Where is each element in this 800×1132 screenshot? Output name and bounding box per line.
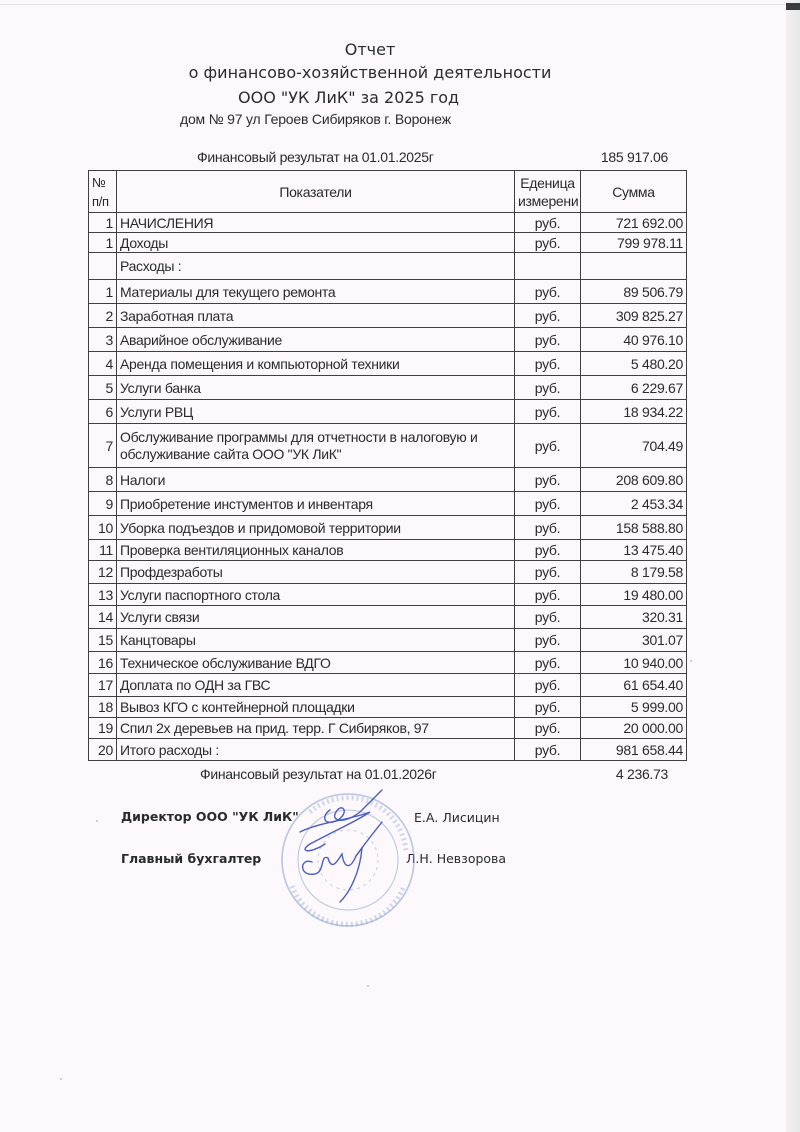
row-unit: руб. <box>515 540 581 561</box>
row-unit: руб. <box>515 739 581 761</box>
report-table: №п/п Показатели Еденицаизмерени Сумма 1Н… <box>88 170 687 761</box>
row-unit: руб. <box>515 629 581 652</box>
row-unit <box>515 253 581 280</box>
row-unit: руб. <box>515 468 581 492</box>
scan-top-edge <box>0 4 786 5</box>
accountant-role: Главный бухгалтер <box>121 851 261 866</box>
row-name: Налоги <box>117 468 515 492</box>
row-number: 11 <box>89 540 117 561</box>
row-name: Итого расходы : <box>117 739 515 761</box>
table-row: 1Доходыруб.799 978.11 <box>89 233 687 253</box>
row-sum: 61 654.40 <box>581 674 687 697</box>
row-number: 8 <box>89 468 117 492</box>
closing-balance-label: Финансовый результат на 01.01.2026г <box>200 766 437 782</box>
row-sum: 19 480.00 <box>581 584 687 606</box>
row-unit: руб. <box>515 492 581 516</box>
row-sum: 704.49 <box>581 424 687 468</box>
row-sum: 721 692.00 <box>581 213 687 233</box>
row-unit: руб. <box>515 561 581 584</box>
row-name: Доплата по ОДН за ГВС <box>117 674 515 697</box>
row-name: Услуги банка <box>117 376 515 400</box>
row-number: 6 <box>89 400 117 424</box>
row-unit: руб. <box>515 213 581 233</box>
table-row: 1Материалы для текущего ремонтаруб.89 50… <box>89 280 687 304</box>
row-unit: руб. <box>515 652 581 674</box>
table-row: 3Аварийное обслуживаниеруб.40 976.10 <box>89 328 687 352</box>
row-name: Техническое обслуживание ВДГО <box>117 652 515 674</box>
accountant-name: Л.Н. Невзорова <box>406 851 506 866</box>
table-row: 17Доплата по ОДН за ГВСруб.61 654.40 <box>89 674 687 697</box>
row-unit: руб. <box>515 674 581 697</box>
row-number: 18 <box>89 697 117 718</box>
company-stamp-icon <box>270 782 420 932</box>
row-sum: 208 609.80 <box>581 468 687 492</box>
table-row: 7Обслуживание программы для отчетности в… <box>89 424 687 468</box>
row-unit: руб. <box>515 718 581 739</box>
row-sum: 10 940.00 <box>581 652 687 674</box>
row-name: Уборка подъездов и придомовой территории <box>117 516 515 540</box>
row-sum: 5 480.20 <box>581 352 687 376</box>
row-number: 15 <box>89 629 117 652</box>
table-body: 1НАЧИСЛЕНИЯруб.721 692.001Доходыруб.799 … <box>89 213 687 761</box>
row-sum: 18 934.22 <box>581 400 687 424</box>
row-sum: 8 179.58 <box>581 561 687 584</box>
table-row: 11Проверка вентиляционных каналовруб.13 … <box>89 540 687 561</box>
scan-speck <box>690 660 692 662</box>
header-sum: Сумма <box>581 171 687 213</box>
row-name: Материалы для текущего ремонта <box>117 280 515 304</box>
row-number: 1 <box>89 280 117 304</box>
row-number: 7 <box>89 424 117 468</box>
row-number: 20 <box>89 739 117 761</box>
table-row: 12Профдезработыруб.8 179.58 <box>89 561 687 584</box>
table-row: 9Приобретение инстументов и инвентаряруб… <box>89 492 687 516</box>
table-row: 16Техническое обслуживание ВДГОруб.10 94… <box>89 652 687 674</box>
row-name: Обслуживание программы для отчетности в … <box>117 424 515 468</box>
row-name: Спил 2х деревьев на прид. терр. Г Сибиря… <box>117 718 515 739</box>
row-sum: 40 976.10 <box>581 328 687 352</box>
document-title: Отчет <box>310 40 430 59</box>
row-unit: руб. <box>515 280 581 304</box>
row-unit: руб. <box>515 606 581 629</box>
row-unit: руб. <box>515 376 581 400</box>
row-name: НАЧИСЛЕНИЯ <box>117 213 515 233</box>
table-row: 13Услуги паспортного столаруб.19 480.00 <box>89 584 687 606</box>
address: дом № 97 ул Героев Сибиряков г. Воронеж <box>180 111 451 127</box>
row-name: Заработная плата <box>117 304 515 328</box>
row-name: Канцтовары <box>117 629 515 652</box>
table-row: 15Канцтоварыруб.301.07 <box>89 629 687 652</box>
row-sum: 301.07 <box>581 629 687 652</box>
row-unit: руб. <box>515 516 581 540</box>
closing-balance-value: 4 236.73 <box>560 766 668 782</box>
header-num: №п/п <box>89 171 117 213</box>
row-name: Аренда помещения и компьюторной техники <box>117 352 515 376</box>
table-row: 6Услуги РВЦруб.18 934.22 <box>89 400 687 424</box>
header-name: Показатели <box>117 171 515 213</box>
table-row: Расходы : <box>89 253 687 280</box>
row-number <box>89 253 117 280</box>
row-sum: 158 588.80 <box>581 516 687 540</box>
row-name: Расходы : <box>117 253 515 280</box>
table-row: 5Услуги банкаруб.6 229.67 <box>89 376 687 400</box>
table-row: 1НАЧИСЛЕНИЯруб.721 692.00 <box>89 213 687 233</box>
row-unit: руб. <box>515 584 581 606</box>
row-number: 19 <box>89 718 117 739</box>
row-number: 14 <box>89 606 117 629</box>
row-sum: 6 229.67 <box>581 376 687 400</box>
table-row: 19Спил 2х деревьев на прид. терр. Г Сиби… <box>89 718 687 739</box>
document-subtitle: о финансово-хозяйственной деятельности <box>170 63 570 82</box>
row-number: 2 <box>89 304 117 328</box>
row-sum: 320.31 <box>581 606 687 629</box>
table-header-row: №п/п Показатели Еденицаизмерени Сумма <box>89 171 687 213</box>
row-number: 17 <box>89 674 117 697</box>
company-and-year: ООО "УК ЛиК" за 2025 год <box>238 88 518 107</box>
row-name: Профдезработы <box>117 561 515 584</box>
scan-speck <box>367 985 369 987</box>
table-row: 10Уборка подъездов и придомовой территор… <box>89 516 687 540</box>
row-sum: 799 978.11 <box>581 233 687 253</box>
row-name: Проверка вентиляционных каналов <box>117 540 515 561</box>
scan-speck <box>60 1078 62 1080</box>
row-sum: 309 825.27 <box>581 304 687 328</box>
row-sum: 981 658.44 <box>581 739 687 761</box>
row-sum: 2 453.34 <box>581 492 687 516</box>
opening-balance-value: 185 917.06 <box>560 149 668 165</box>
row-sum: 13 475.40 <box>581 540 687 561</box>
scan-speck <box>96 820 98 822</box>
scan-right-edge <box>786 0 800 1132</box>
table-row: 18Вывоз КГО с контейнерной площадкируб.5… <box>89 697 687 718</box>
row-unit: руб. <box>515 233 581 253</box>
row-name: Услуги связи <box>117 606 515 629</box>
row-number: 16 <box>89 652 117 674</box>
row-number: 12 <box>89 561 117 584</box>
row-unit: руб. <box>515 697 581 718</box>
opening-balance-label: Финансовый результат на 01.01.2025г <box>197 149 434 165</box>
row-number: 1 <box>89 213 117 233</box>
row-unit: руб. <box>515 424 581 468</box>
director-role: Директор ООО "УК ЛиК" <box>121 809 299 824</box>
row-sum: 20 000.00 <box>581 718 687 739</box>
row-unit: руб. <box>515 328 581 352</box>
table-row: 14Услуги связируб.320.31 <box>89 606 687 629</box>
row-number: 3 <box>89 328 117 352</box>
director-name: Е.А. Лисицин <box>414 810 500 825</box>
row-unit: руб. <box>515 400 581 424</box>
header-unit: Еденицаизмерени <box>515 171 581 213</box>
row-name: Услуги РВЦ <box>117 400 515 424</box>
row-name: Доходы <box>117 233 515 253</box>
row-number: 13 <box>89 584 117 606</box>
row-sum <box>581 253 687 280</box>
table-row: 4Аренда помещения и компьюторной техники… <box>89 352 687 376</box>
row-unit: руб. <box>515 304 581 328</box>
row-name: Приобретение инстументов и инвентаря <box>117 492 515 516</box>
table-row: 2Заработная платаруб.309 825.27 <box>89 304 687 328</box>
row-sum: 89 506.79 <box>581 280 687 304</box>
header-num-label: №п/п <box>92 175 109 209</box>
row-number: 10 <box>89 516 117 540</box>
row-sum: 5 999.00 <box>581 697 687 718</box>
table-row: 8Налогируб.208 609.80 <box>89 468 687 492</box>
row-name: Услуги паспортного стола <box>117 584 515 606</box>
row-number: 5 <box>89 376 117 400</box>
row-number: 9 <box>89 492 117 516</box>
row-name: Аварийное обслуживание <box>117 328 515 352</box>
row-unit: руб. <box>515 352 581 376</box>
row-number: 4 <box>89 352 117 376</box>
header-unit-label: Еденицаизмерени <box>518 175 578 209</box>
row-name: Вывоз КГО с контейнерной площадки <box>117 697 515 718</box>
table-row: 20Итого расходы :руб.981 658.44 <box>89 739 687 761</box>
row-number: 1 <box>89 233 117 253</box>
